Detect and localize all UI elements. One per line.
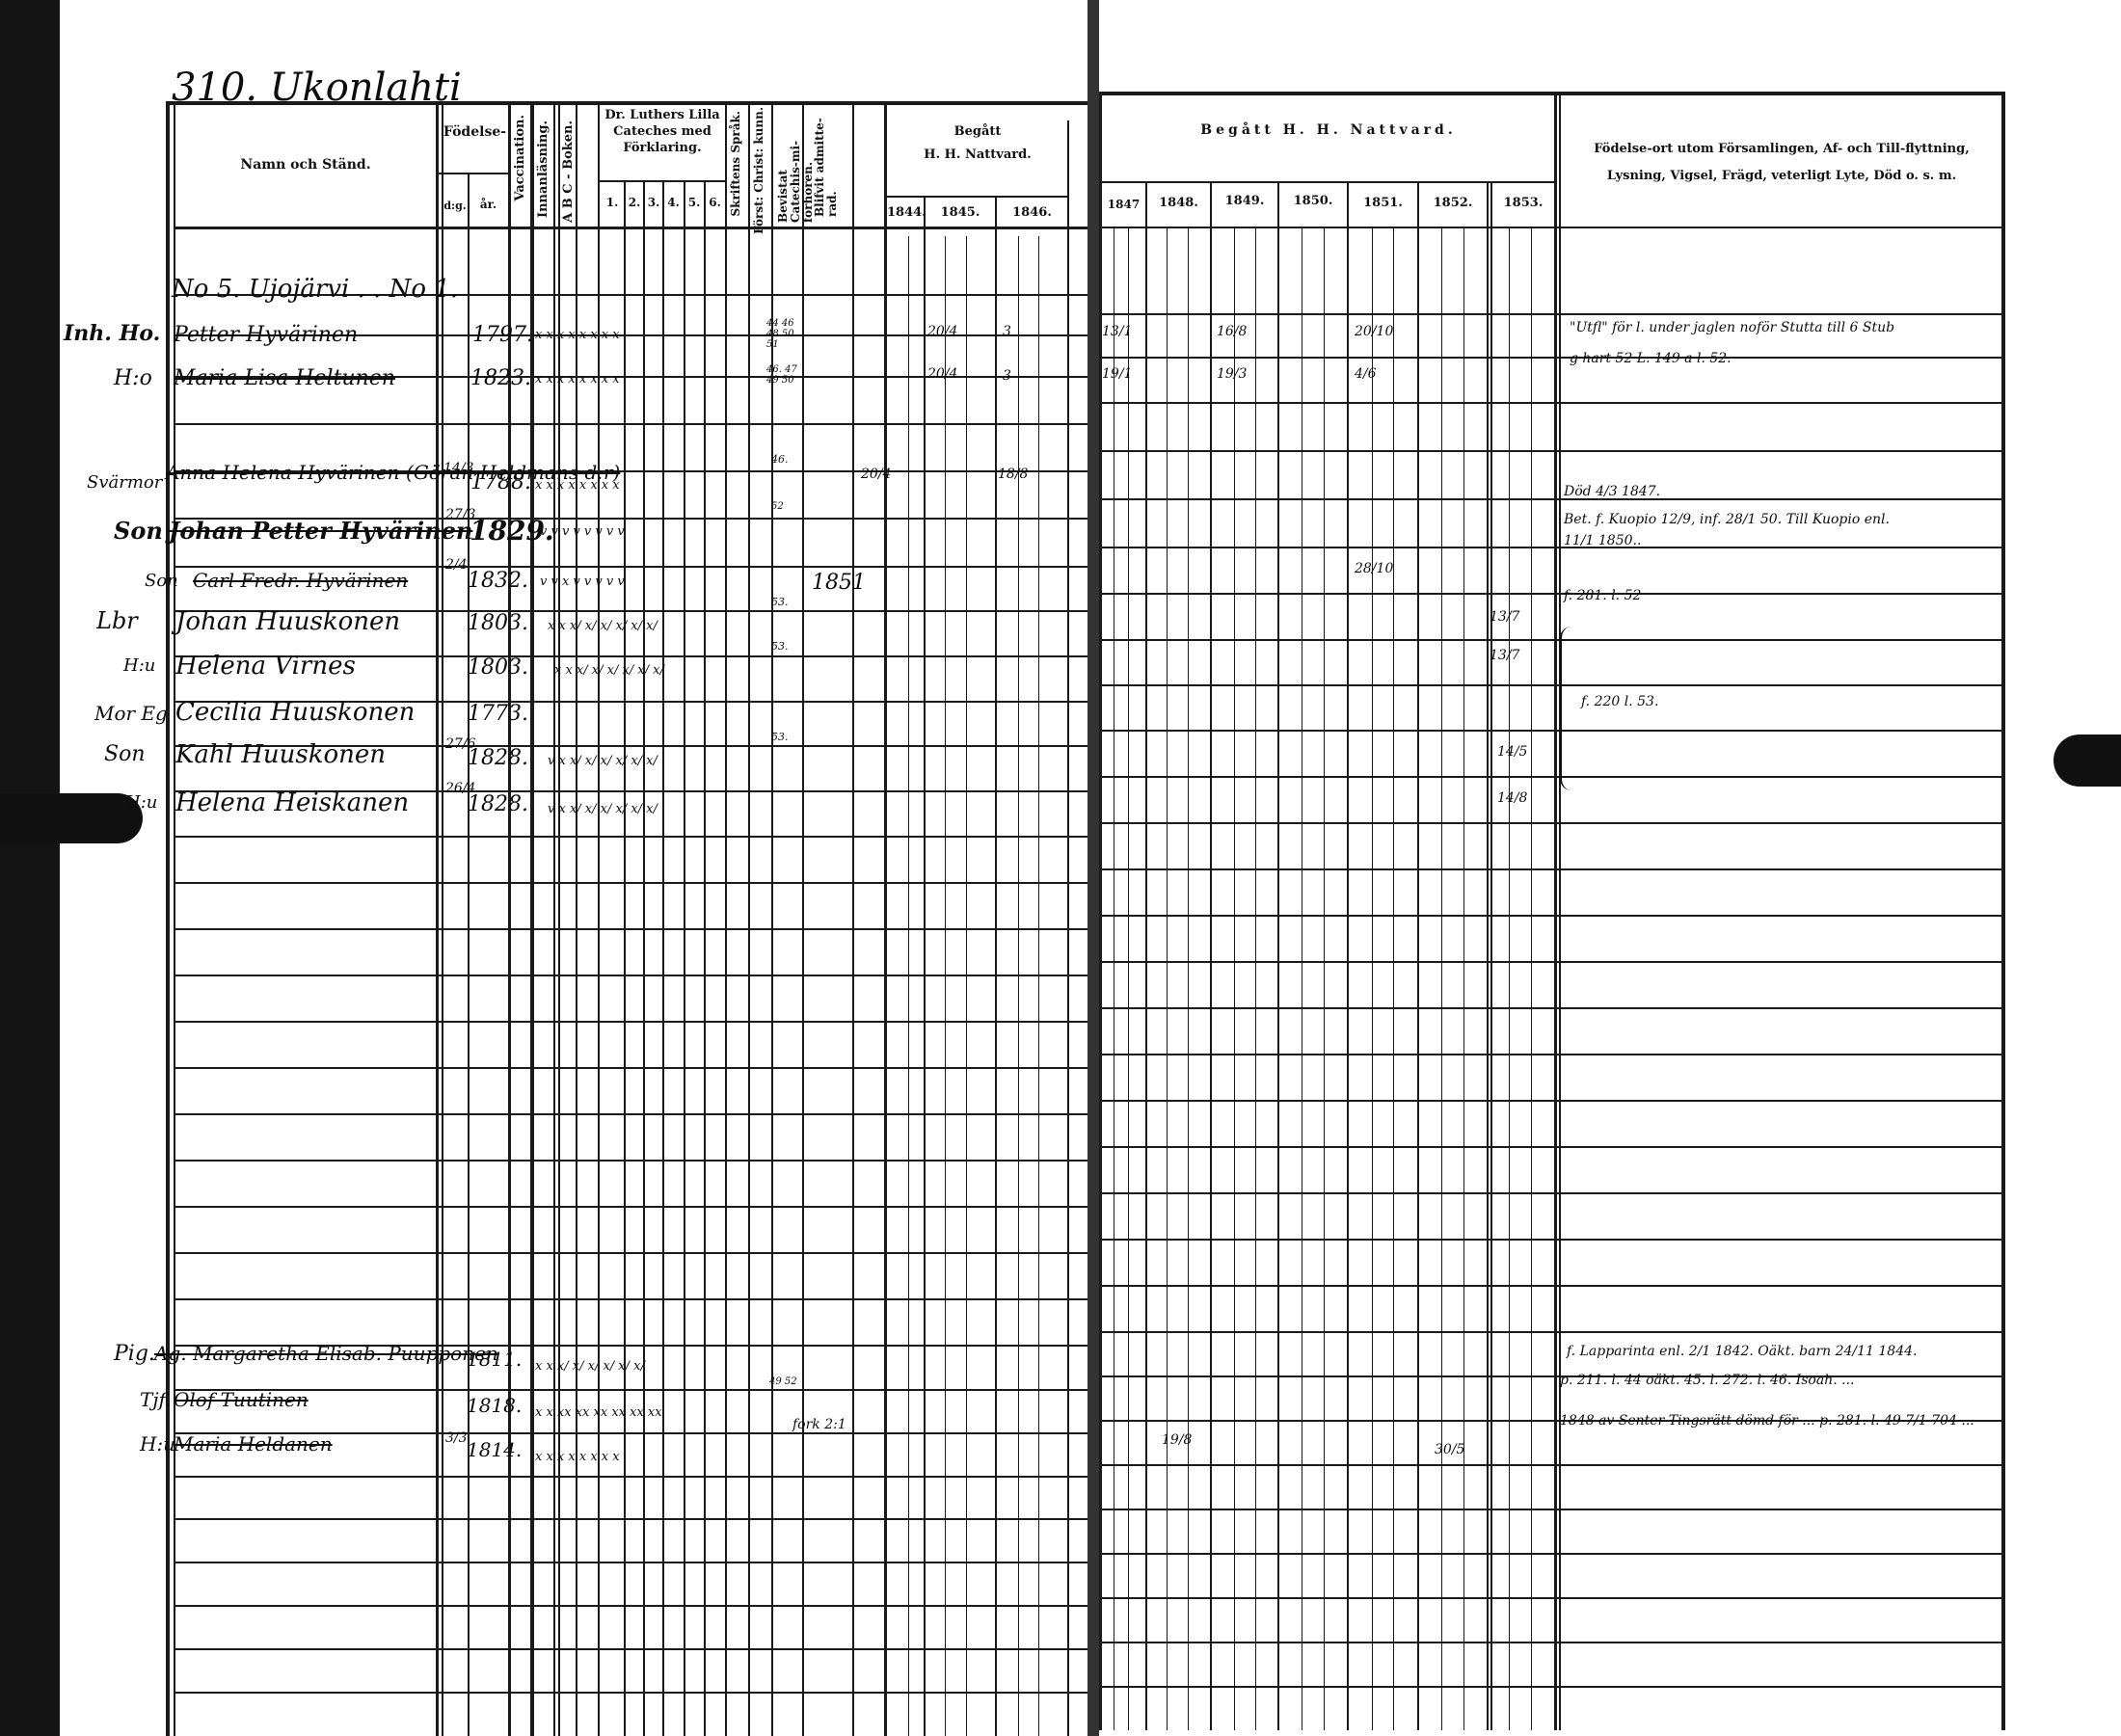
row-admitted: 1851 <box>812 571 866 595</box>
row-birth-year: 1803. <box>468 611 528 635</box>
lower-row-role: Tjf. <box>140 1388 172 1411</box>
row-communion-1847: 19/1 <box>1102 366 1132 382</box>
row-name: Cecilia Huuskonen <box>175 698 415 727</box>
row-reading-marks: v x x/ x/ x/ x/ x/ x/ <box>548 754 658 768</box>
lower-row-communion-1848: 19/8 <box>1162 1432 1192 1448</box>
row-name: Kahl Huuskonen <box>175 740 386 769</box>
lower-row-reading-marks: x x x x x x x x <box>535 1450 620 1464</box>
scan-book-edge-left <box>0 0 60 1736</box>
row-name: Petter Hyvärinen <box>174 323 358 347</box>
catechism-part-4: 4. <box>663 196 684 209</box>
header-scripture-language: Skriftens Språk. <box>729 111 742 217</box>
row-role: H:o <box>114 366 152 390</box>
row-communion-1845: 20/4 <box>927 324 957 339</box>
header-year-1849: 1849. <box>1212 194 1277 208</box>
lower-row-remark: p. 211. l. 44 oäkt. 45. l. 272. l. 46. I… <box>1560 1373 2061 1388</box>
row-catechism-hearings: 46. <box>771 453 789 466</box>
row-communion-1846: 18/8 <box>998 467 1028 482</box>
catechism-part-5: 5. <box>685 196 704 209</box>
row-catechism-hearings: 46. 47 49 50 <box>766 364 805 386</box>
header-name-and-status: Namn och Ständ. <box>175 157 436 173</box>
row-remark: f. 220 l. 53. <box>1581 694 1658 709</box>
header-birth: Födelse- <box>442 124 508 140</box>
header-abc-book: A B C - Boken. <box>561 120 576 223</box>
catechism-part-1: 1. <box>602 196 623 209</box>
row-name: Helena Virnes <box>175 652 356 681</box>
lower-row-birth-year: 1818. <box>467 1394 522 1417</box>
row-role: Mor Eg <box>94 702 168 725</box>
scan-finger-tab-right <box>2054 734 2121 787</box>
header-communion-left: Begått H. H. Nattvard. <box>887 120 1068 167</box>
row-catechism-hearings: 44 46 48 50 51 <box>766 318 805 350</box>
row-role: Lbr <box>96 607 138 634</box>
header-year-1845: 1845. <box>926 205 995 220</box>
lower-row-catechism-hearings: 49 52 <box>769 1376 797 1387</box>
row-name: Johan Huuskonen <box>175 607 400 636</box>
header-year-1851: 1851. <box>1349 196 1417 210</box>
row-birth-year: 1797. <box>472 323 533 347</box>
row-birth-year: 1803. <box>468 655 528 680</box>
row-role: H:u <box>125 792 157 813</box>
header-vaccination: Vaccination. <box>513 115 527 201</box>
row-communion-1853: 13/7 <box>1490 648 1519 663</box>
lower-row-role: H:u <box>140 1432 175 1456</box>
row-communion-1853: 14/5 <box>1497 744 1527 760</box>
lower-row-role: Pig. <box>114 1342 155 1366</box>
catechism-title-line2: Cateches med <box>600 123 725 140</box>
row-catechism-hearings: 53. <box>771 731 789 743</box>
header-year-1848: 1848. <box>1147 196 1210 210</box>
row-name: Maria Lisa Heltunen <box>174 366 395 390</box>
row-remark: Död 4/3 1847. <box>1564 484 1660 499</box>
lower-row-birth-year: 1811. <box>467 1348 522 1371</box>
scan-finger-tab-left <box>0 793 143 843</box>
catechism-part-3: 3. <box>644 196 663 209</box>
row-birth-year: 1828. <box>468 746 528 770</box>
header-year-1846: 1846. <box>997 205 1067 220</box>
row-catechism-hearings: 53. <box>771 640 789 653</box>
row-remark: Bet. f. Kuopio 12/9, inf. 28/1 50. Till … <box>1564 509 1911 551</box>
lower-row-remark: f. Lapparinta enl. 2/1 1842. Oäkt. barn … <box>1567 1344 1917 1359</box>
row-name: Johan Petter Hyvärinen <box>169 517 472 545</box>
lower-row-birth-day: 3/3 <box>445 1430 468 1446</box>
row-birth-year: 1788. <box>470 470 531 494</box>
book-spine <box>1087 0 1099 1736</box>
row-role: Inh. Ho. <box>64 321 160 346</box>
lower-row-name: Maria Heldanen <box>174 1432 333 1456</box>
row-communion-1845: 20/4 <box>927 366 957 382</box>
header-year-1850: 1850. <box>1279 194 1347 208</box>
remark-bracket <box>1560 627 1575 790</box>
lower-row-birth-year: 1814. <box>467 1438 522 1461</box>
row-role: Son <box>145 571 178 591</box>
row-communion-1851: 20/10 <box>1355 324 1393 339</box>
row-reading-marks: x x x x x x x x <box>535 478 620 493</box>
header-birth-year: år. <box>469 198 508 211</box>
header-communion-right: Begått H. H. Nattvard. <box>1102 122 1555 138</box>
row-birth-day: 14/3 <box>443 461 473 476</box>
row-reading-marks: v v x v v v v v <box>540 574 625 589</box>
row-communion-1849: 16/8 <box>1217 324 1247 339</box>
row-communion-1849: 19/3 <box>1217 366 1247 382</box>
row-role: Son <box>104 742 146 766</box>
header-first-christian-teaching: Först: Christ: kunn. <box>752 107 765 234</box>
catechism-part-6: 6. <box>705 196 725 209</box>
row-communion-1844: 20/4 <box>861 467 891 482</box>
row-birth-year: 1832. <box>468 569 528 593</box>
row-communion-1851: 4/6 <box>1355 366 1377 382</box>
row-role: Son <box>114 517 163 545</box>
header-year-1844: 1844. <box>887 205 924 220</box>
lower-row-communion-1852: 30/5 <box>1435 1442 1464 1457</box>
header-catechism: Dr. Luthers Lilla Cateches med Förklarin… <box>600 107 725 156</box>
header-attended-catechism-hearings: Bevistat Catechis-mi-förhören. <box>777 107 802 223</box>
row-remark: "Utfl" för l. under jaglen noför Stutta … <box>1570 320 1894 335</box>
row-remark: f. 281. l. 52 <box>1564 588 1641 603</box>
row-communion-1851: 28/10 <box>1355 561 1393 576</box>
header-year-1852: 1852. <box>1419 196 1487 210</box>
row-reading-marks: x x x x x x x x <box>535 328 620 342</box>
catechism-title-line1: Dr. Luthers Lilla <box>600 107 725 123</box>
row-birth-year: 1823. <box>470 366 531 390</box>
row-birth-day: 2/4 <box>445 557 468 573</box>
row-birth-year: 1773. <box>468 702 528 726</box>
lower-row-admitted: fork 2:1 <box>792 1417 846 1432</box>
row-reading-marks: x x x/ x/ x/ x/ x/ x/ <box>554 663 664 678</box>
header-remarks: Födelse-ort utom Församlingen, Af- och T… <box>1562 136 2001 190</box>
header-reading: Innanläsning. <box>536 120 550 218</box>
row-reading-marks: v v v v v v v v <box>540 524 625 539</box>
lower-row-reading-marks: x x xx xx xx xx xx xx <box>535 1405 662 1420</box>
lower-row-remark: 1848 av Senter Tingsrätt dömd för ... p.… <box>1560 1413 2061 1429</box>
row-birth-year: 1828. <box>468 792 528 816</box>
row-communion-1847: 13/1 <box>1102 324 1132 339</box>
header-admitted: Blifvit admitte-rad. <box>814 111 843 217</box>
row-catechism-hearings: 53. <box>771 596 789 608</box>
row-communion-1846: 3 <box>1003 368 1011 384</box>
row-catechism-hearings: 52 <box>771 501 784 512</box>
row-name: Carl Fredr. Hyvärinen <box>193 569 408 592</box>
remarks-header-line1: Födelse-ort utom Församlingen, Af- och T… <box>1562 136 2001 163</box>
lower-row-reading-marks: x x x/ x/ x/ x/ x/ x/ <box>535 1359 645 1374</box>
catechism-part-2: 2. <box>625 196 644 209</box>
household-heading: No 5. Ujojärvi . . No 1. <box>172 275 458 304</box>
communion-left-title-1: Begått <box>887 120 1068 144</box>
lower-row-name: Ag. Margaretha Elisab. Puupponen <box>154 1342 498 1365</box>
row-name: Helena Heiskanen <box>175 788 409 817</box>
header-year-1853: 1853. <box>1492 196 1554 210</box>
communion-left-title-2: H. H. Nattvard. <box>887 144 1068 167</box>
row-reading-marks: x x x/ x/ x/ x/ x/ x/ <box>548 619 658 633</box>
catechism-title-line3: Förklaring. <box>600 140 725 156</box>
row-reading-marks: v x x/ x/ x/ x/ x/ x/ <box>548 802 658 816</box>
row-remark: g hart 52 L. 149 a l. 52. <box>1570 351 1732 366</box>
lower-row-name: Olof Tuutinen <box>174 1388 309 1411</box>
remarks-header-line2: Lysning, Vigsel, Frägd, veterligt Lyte, … <box>1562 163 2001 190</box>
row-role: H:u <box>123 655 155 676</box>
header-year-1847: 1847 <box>1102 198 1145 211</box>
row-communion-1853: 13/7 <box>1490 609 1519 625</box>
row-role: Svärmor <box>87 472 162 493</box>
row-communion-1846: 3 <box>1003 324 1011 339</box>
header-birth-day: d:g. <box>442 200 469 212</box>
row-communion-1853: 14/8 <box>1497 790 1527 806</box>
row-reading-marks: x x x x x x x x <box>535 372 620 387</box>
